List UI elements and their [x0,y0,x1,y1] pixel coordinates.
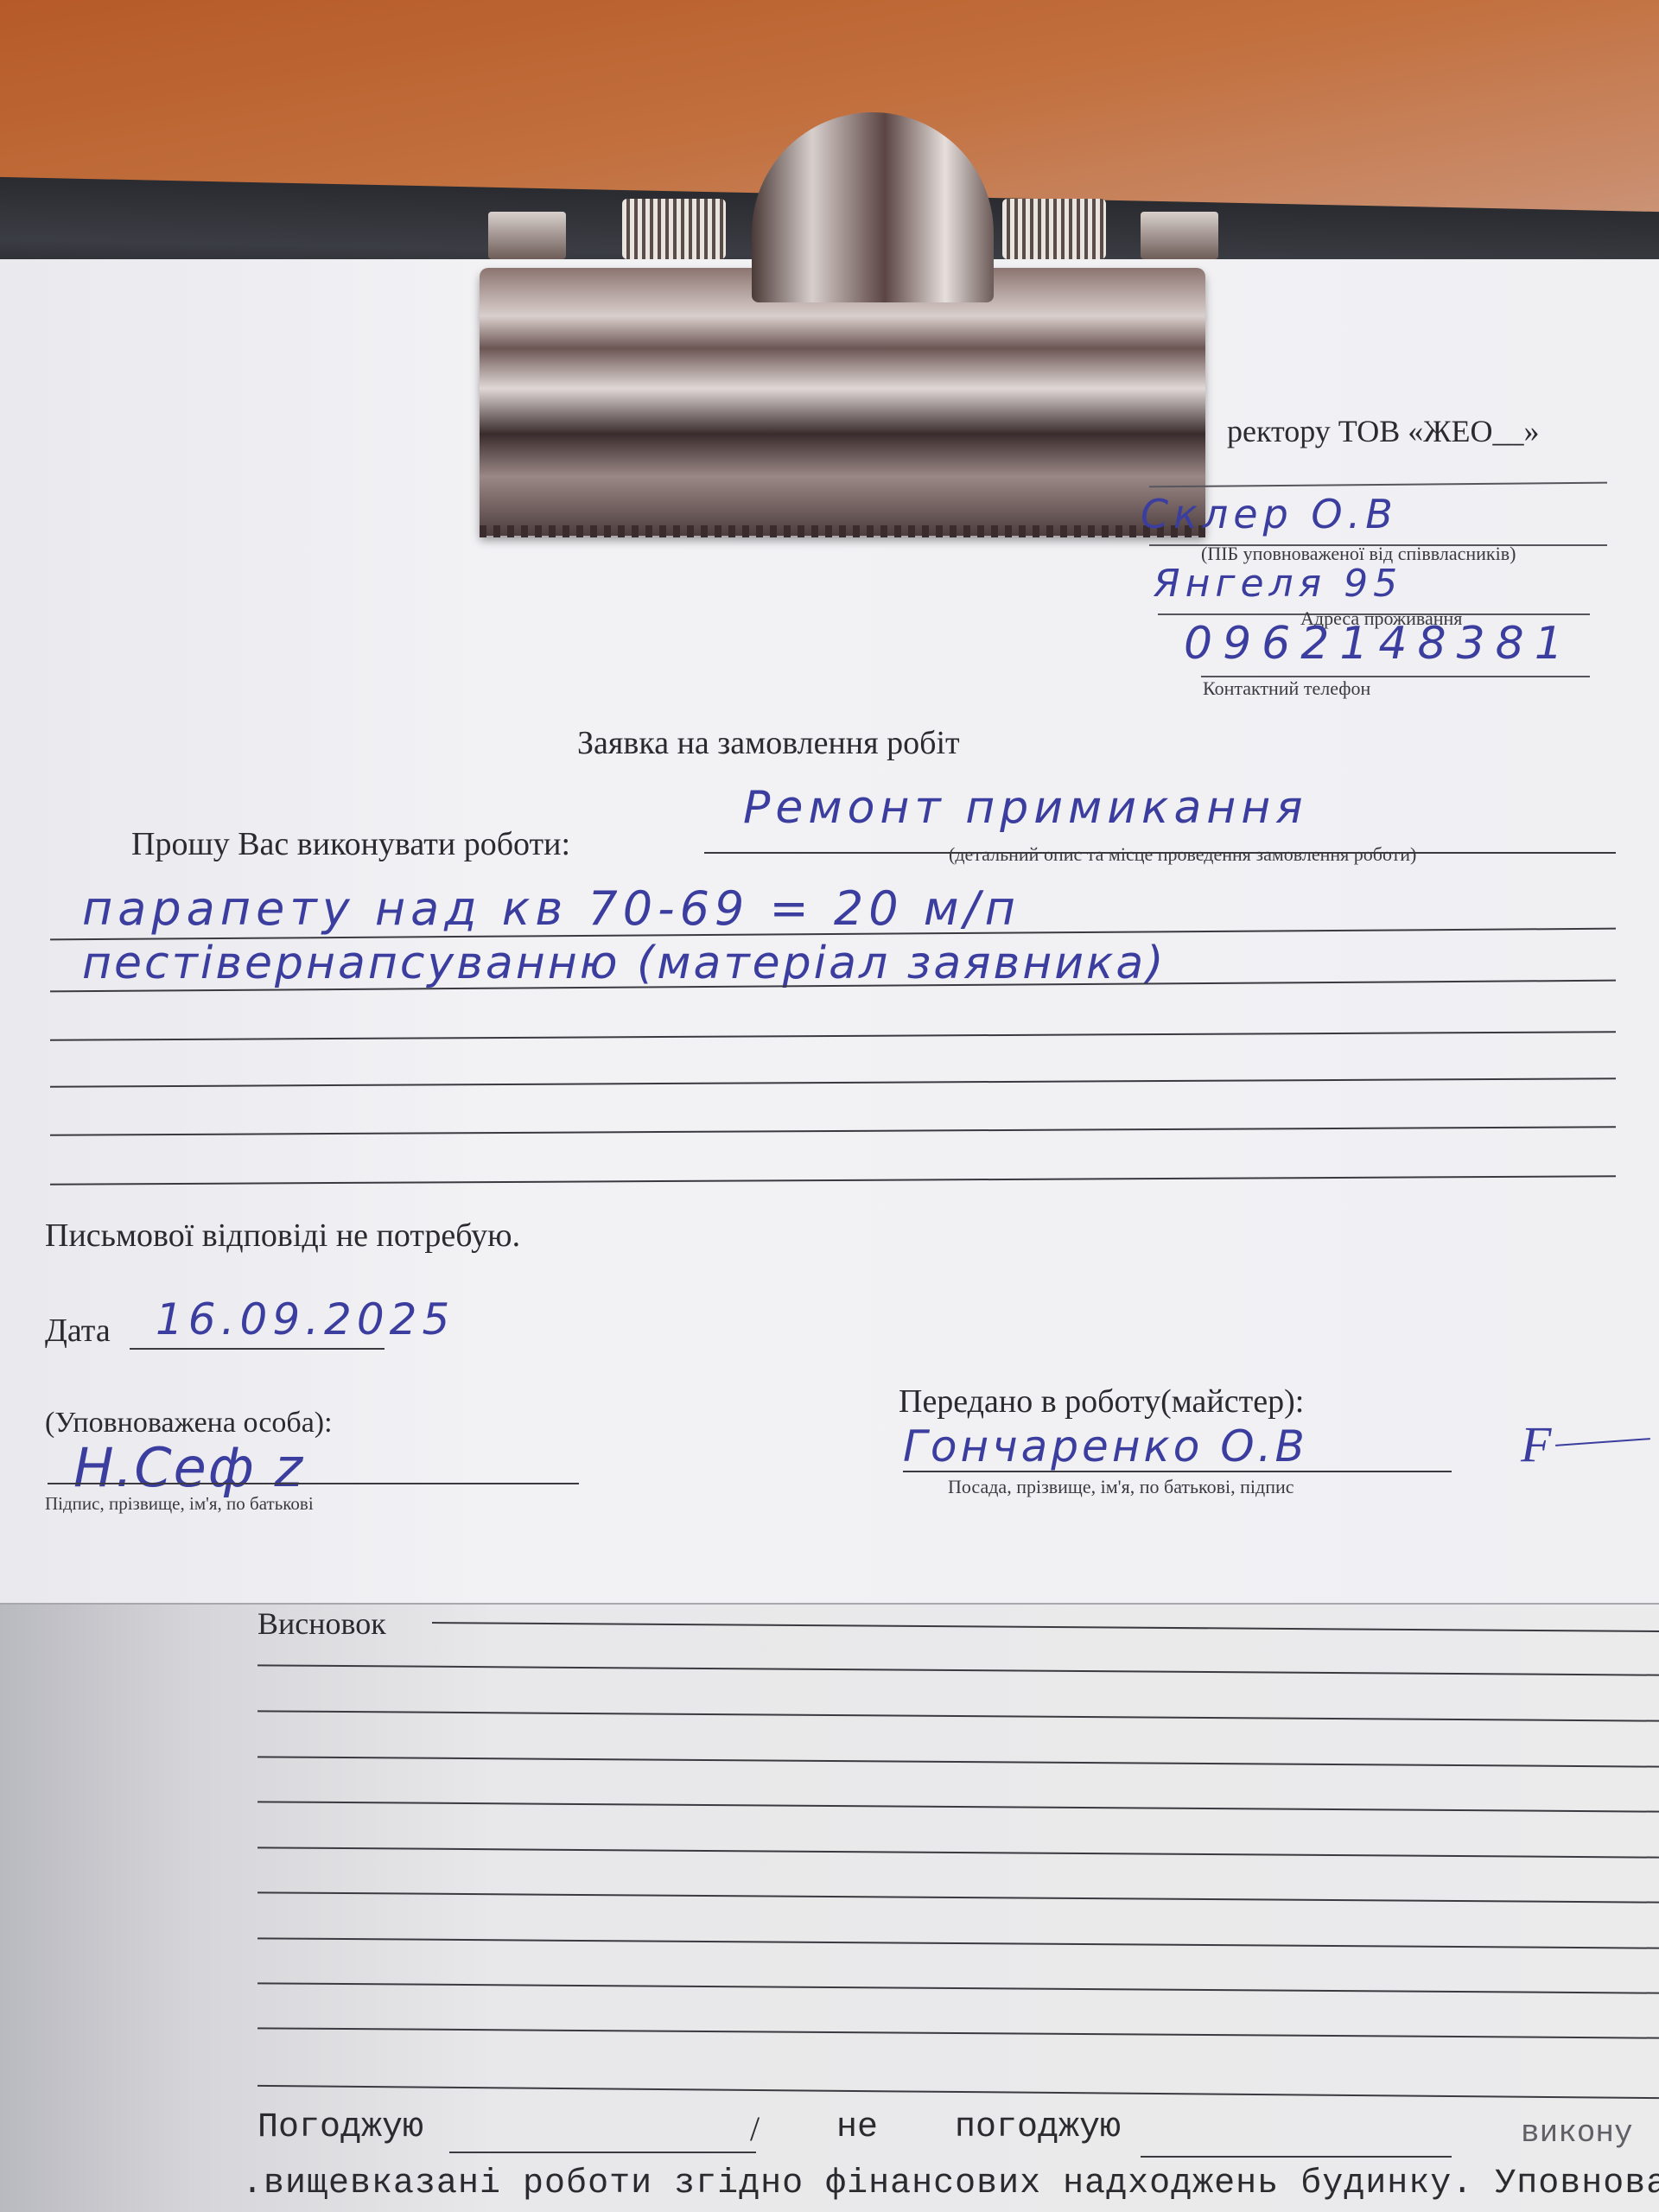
clip-spring-right [1002,199,1106,259]
address-field[interactable]: Янгеля 95 [1154,562,1402,606]
conclusion-sheet [0,1603,1659,2212]
date-field[interactable]: 16.09.2025 [156,1294,454,1344]
request-line-2[interactable]: парапету над кв 70-69 = 20 м/п [82,881,1020,936]
not-label: не [836,2108,878,2147]
no-reply-note: Письмової відповіді не потребую. [45,1217,520,1255]
master-label: Передано в роботу(майстер): [899,1382,1304,1421]
request-line-3[interactable]: пестівернапсуванню (матеріал заявника) [82,938,1166,989]
form-title: Заявка на замовлення робіт [577,724,960,762]
master-caption: Посада, прізвище, ім'я, по батькові, під… [948,1476,1294,1498]
request-label: Прошу Вас виконувати роботи: [131,825,570,863]
clip-hinge-right [1141,212,1218,259]
conclusion-label: Висновок [257,1605,386,1642]
request-caption: (детальний опис та місце проведення замо… [949,843,1416,866]
clip-body [480,268,1205,536]
master-underline [903,1471,1452,1472]
clipboard-clip [449,112,1262,475]
approval-separator: / [750,2108,760,2149]
clip-teeth [480,525,1205,537]
approval-text-line-2: .вищевказані роботи згідно фінансових на… [242,2164,1659,2203]
agree-underline[interactable] [449,2152,756,2153]
request-line-1[interactable]: Ремонт примикання [743,782,1308,834]
disagree-underline[interactable] [1141,2156,1452,2158]
phone-field[interactable]: 0962148381 [1184,618,1573,670]
clip-lever [752,112,994,302]
approval-tail: викону [1521,2115,1633,2151]
date-label: Дата [45,1312,111,1350]
authorized-caption: Підпис, прізвище, ім'я, по батькові [45,1493,314,1515]
master-field[interactable]: Гончаренко О.В [903,1421,1308,1471]
authorized-underline [48,1483,579,1484]
disagree-label: погоджую [955,2108,1121,2147]
clip-hinge-left [488,212,566,259]
authorized-label: (Уповноважена особа): [45,1407,333,1440]
addressee: ректору ТОВ «ЖЕО__» [1227,413,1540,449]
clip-spring-left [622,199,726,259]
phone-caption: Контактний телефон [1203,677,1370,700]
name-field[interactable]: Склер О.В [1141,491,1398,537]
authorized-signature[interactable]: Н.Сеф z [73,1436,304,1499]
agree-label: Погоджую [257,2108,423,2147]
master-signature-mark: F [1521,1415,1551,1473]
date-underline [130,1348,385,1350]
